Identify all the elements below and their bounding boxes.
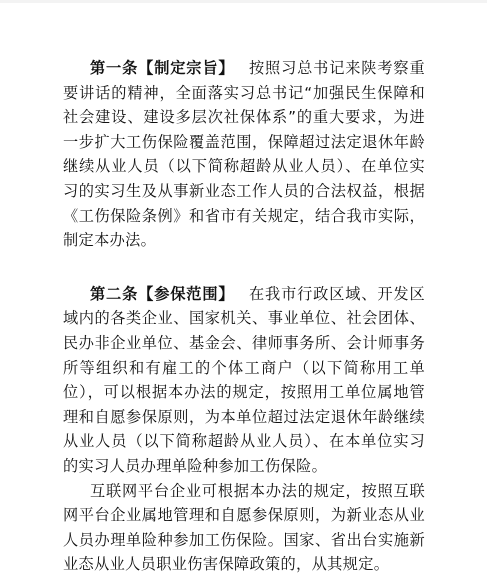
article-1-body: 按照习总书记来陕考察重要讲话的精神，全面落实习总书记“加强民生保障和社会建设、建…: [63, 59, 425, 249]
article-2-paragraph-2: 互联网平台企业可根据本办法的规定，按照互联网平台企业属地管理和自愿参保原则，为新…: [63, 479, 425, 542]
article-2-body: 在我市行政区域、开发区域内的各类企业、国家机关、事业单位、社会团体、民办非企业单…: [63, 285, 425, 475]
article-1-title: 第一条【制定宗旨】: [90, 59, 234, 77]
top-border: [0, 0, 487, 3]
document-page: 第一条【制定宗旨】按照习总书记来陕考察重要讲话的精神，全面落实习总书记“加强民生…: [63, 56, 425, 541]
article-1: 第一条【制定宗旨】按照习总书记来陕考察重要讲话的精神，全面落实习总书记“加强民生…: [63, 56, 425, 253]
article-2: 第二条【参保范围】在我市行政区域、开发区域内的各类企业、国家机关、事业单位、社会…: [63, 282, 425, 479]
article-2-title: 第二条【参保范围】: [90, 285, 234, 303]
